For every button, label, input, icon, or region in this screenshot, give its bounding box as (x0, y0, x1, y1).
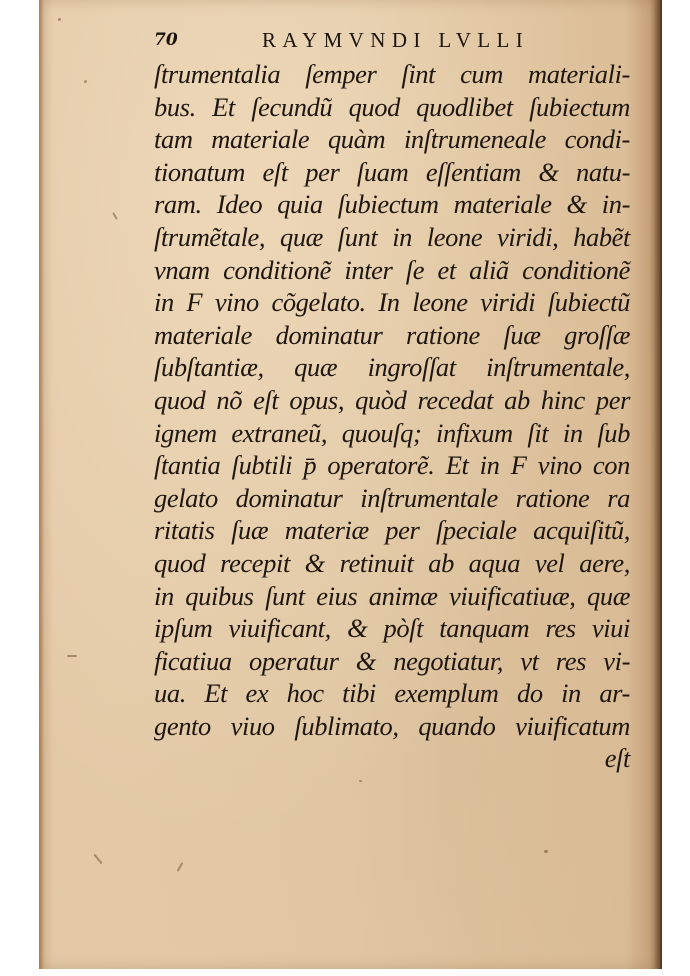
text-line: gento viuo ſublimato, quando viuificatum (154, 710, 630, 743)
text-line: materiale dominatur ratione ſuæ groſſæ (154, 319, 630, 352)
page-number: 70 (154, 30, 178, 50)
text-line: quod nõ eſt opus, quòd recedat ab hinc p… (154, 384, 630, 417)
paper-speck (84, 80, 87, 83)
paper-speck (58, 18, 61, 21)
paper-speck (112, 212, 118, 220)
paper-speck (67, 655, 77, 657)
text-line: ſtantia ſubtili p̄ operatorẽ. Et in F vi… (154, 449, 630, 482)
paper-speck (177, 862, 184, 872)
paper-speck (544, 850, 548, 853)
text-line: ſtrumentalia ſemper ſint cum materiali- (154, 58, 630, 91)
text-line: ritatis ſuæ materiæ per ſpeciale acquiſi… (154, 514, 630, 547)
paper-speck (93, 854, 102, 864)
text-line: ram. Ideo quia ſubiectum materiale & in- (154, 188, 630, 221)
page-right-edge-shadow (654, 0, 662, 969)
text-line: gelato dominatur inſtrumentale ratione r… (154, 482, 630, 515)
text-line: quod recepit & retinuit ab aqua vel aere… (154, 547, 630, 580)
text-line: tionatum eſt per ſuam eſſentiam & natu- (154, 156, 630, 189)
paper-speck (359, 780, 362, 782)
text-line: in quibus ſunt eius animæ viuificatiuæ, … (154, 580, 630, 613)
text-line: ua. Et ex hoc tibi exemplum do in ar- (154, 677, 630, 710)
text-line: vnam conditionẽ inter ſe et aliã conditi… (154, 254, 630, 287)
running-head: RAYMVNDI LVLLI (262, 28, 552, 53)
text-line: ſubſtantiæ, quæ ingroſſat inſtrumentale, (154, 351, 630, 384)
text-line: ficatiua operatur & negotiatur, vt res v… (154, 645, 630, 678)
catchword: eſt (154, 742, 630, 775)
text-line: in F vino cõgelato. In leone viridi ſubi… (154, 286, 630, 319)
text-line: ipſum viuificant, & pòſt tanquam res viu… (154, 612, 630, 645)
page-left-edge-shadow (39, 0, 44, 969)
text-line: bus. Et ſecundũ quod quodlibet ſubiectum (154, 91, 630, 124)
text-line: ignem extraneũ, quouſq; infixum ſit in ſ… (154, 417, 630, 450)
body-text: ſtrumentalia ſemper ſint cum materiali- … (154, 58, 630, 775)
text-line: tam materiale quàm inſtrumeneale condi- (154, 123, 630, 156)
text-line: ſtrumẽtale, quæ ſunt in leone viridi, ha… (154, 221, 630, 254)
